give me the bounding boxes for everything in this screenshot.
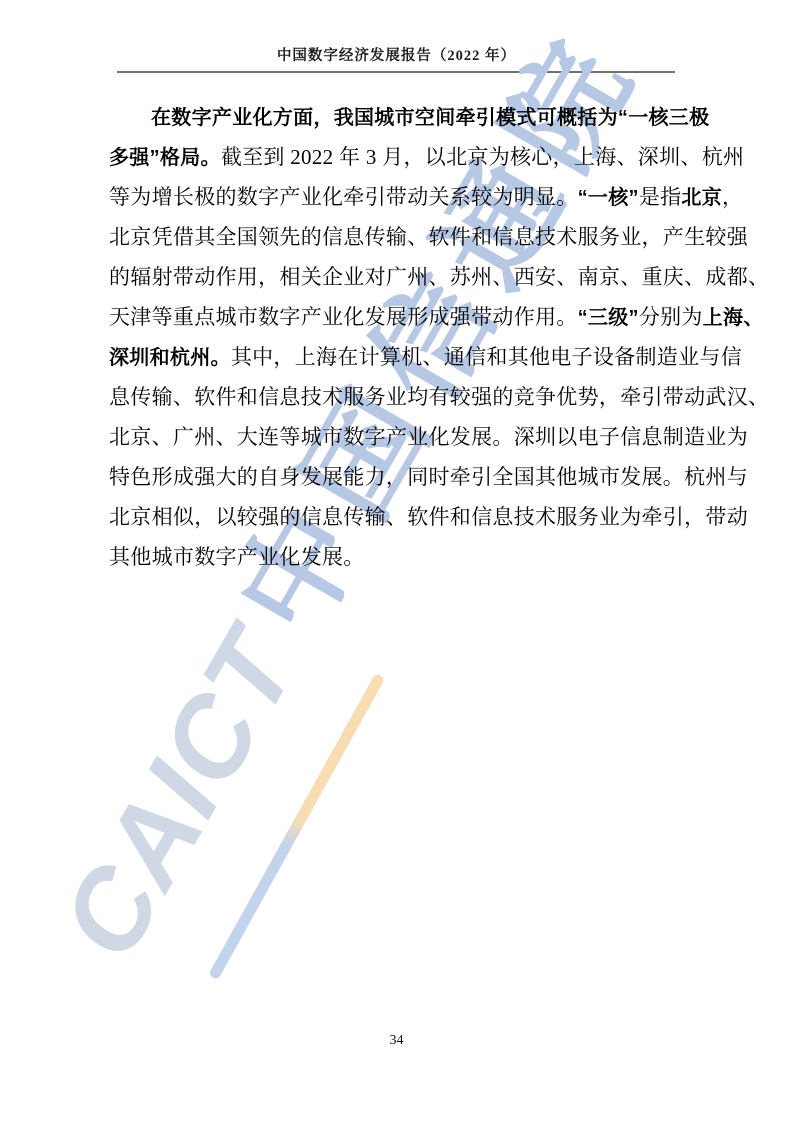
bold-text-run: 北京 <box>681 187 722 209</box>
text-run: 北京凭借其全国领先的信息传输、软件和信息技术服务业，产生较强 <box>109 225 748 249</box>
paragraph-line: 在数字产业化方面，我国城市空间牵引模式可概括为“一核三极 <box>109 97 686 137</box>
page-header-title: 中国数字经济发展报告（2022 年） <box>0 44 793 65</box>
bold-text-run: 在数字产业化方面，我国城市空间牵引模式可概括为“一核三极 <box>151 107 709 129</box>
paragraph-line: 北京凭借其全国领先的信息传输、软件和信息技术服务业，产生较强 <box>109 217 686 257</box>
text-run: ， <box>722 185 743 209</box>
paragraph-line: 其他城市数字产业化发展。 <box>109 537 686 577</box>
text-run: 息传输、软件和信息技术服务业均有较强的竞争优势，牵引带动武汉、 <box>109 385 769 409</box>
text-run: 的辐射带动作用，相关企业对广州、苏州、西安、南京、重庆、成都、 <box>109 265 769 289</box>
text-run: 北京相似，以较强的信息传输、软件和信息技术服务业为牵引，带动 <box>109 505 748 529</box>
paragraph-line: 等为增长极的数字产业化牵引带动关系较为明显。“一核”是指北京， <box>109 177 686 217</box>
text-run: 分别为 <box>639 305 703 329</box>
paragraph-line: 特色形成强大的自身发展能力，同时牵引全国其他城市发展。杭州与 <box>109 457 686 497</box>
paragraph-line: 北京、广州、大连等城市数字产业化发展。深圳以电子信息制造业为 <box>109 417 686 457</box>
text-run: 北京、广州、大连等城市数字产业化发展。深圳以电子信息制造业为 <box>109 425 748 449</box>
bold-text-run: “一核” <box>578 187 639 209</box>
bold-text-run: “三级” <box>578 307 639 329</box>
text-run: 特色形成强大的自身发展能力，同时牵引全国其他城市发展。杭州与 <box>109 465 748 489</box>
bold-text-run: 多强”格局。 <box>109 147 221 169</box>
paragraph-line: 天津等重点城市数字产业化发展形成强带动作用。“三级”分别为上海、 <box>109 297 686 337</box>
paragraph-line: 北京相似，以较强的信息传输、软件和信息技术服务业为牵引，带动 <box>109 497 686 537</box>
page-number: 34 <box>0 1033 793 1049</box>
paragraph-line: 息传输、软件和信息技术服务业均有较强的竞争优势，牵引带动武汉、 <box>109 377 686 417</box>
text-run: 其他城市数字产业化发展。 <box>109 545 365 569</box>
watermark-slash <box>208 673 385 980</box>
text-run: 等为增长极的数字产业化牵引带动关系较为明显。 <box>109 185 578 209</box>
bold-text-run: 深圳和杭州。 <box>109 347 231 369</box>
header-rule <box>117 71 675 73</box>
body-paragraph: 在数字产业化方面，我国城市空间牵引模式可概括为“一核三极多强”格局。截至到 20… <box>109 97 686 577</box>
document-page: 中国数字经济发展报告（2022 年） CAICT 中国信通院 在数字产业化方面，… <box>0 0 793 1122</box>
bold-text-run: 上海、 <box>703 307 764 329</box>
paragraph-line: 的辐射带动作用，相关企业对广州、苏州、西安、南京、重庆、成都、 <box>109 257 686 297</box>
text-run: 其中，上海在计算机、通信和其他电子设备制造业与信 <box>231 345 742 369</box>
text-run: 天津等重点城市数字产业化发展形成强带动作用。 <box>109 305 578 329</box>
paragraph-line: 深圳和杭州。其中，上海在计算机、通信和其他电子设备制造业与信 <box>109 337 686 377</box>
paragraph-line: 多强”格局。截至到 2022 年 3 月，以北京为核心，上海、深圳、杭州 <box>109 137 686 177</box>
watermark-caict-logo-text: CAICT <box>43 614 316 975</box>
text-run: 截至到 2022 年 3 月，以北京为核心，上海、深圳、杭州 <box>221 145 745 169</box>
text-run: 是指 <box>639 185 682 209</box>
